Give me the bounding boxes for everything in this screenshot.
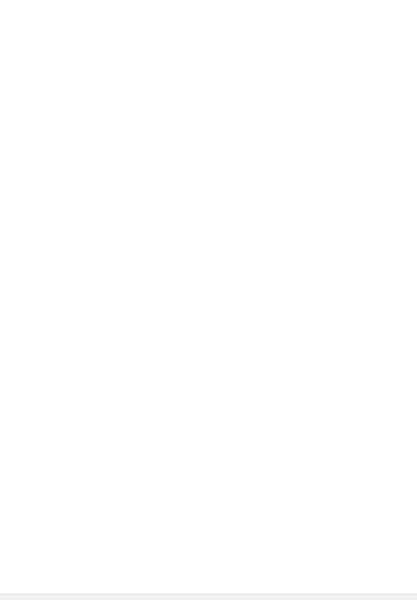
document-page bbox=[0, 0, 417, 594]
page-bottom-edge bbox=[0, 594, 417, 600]
